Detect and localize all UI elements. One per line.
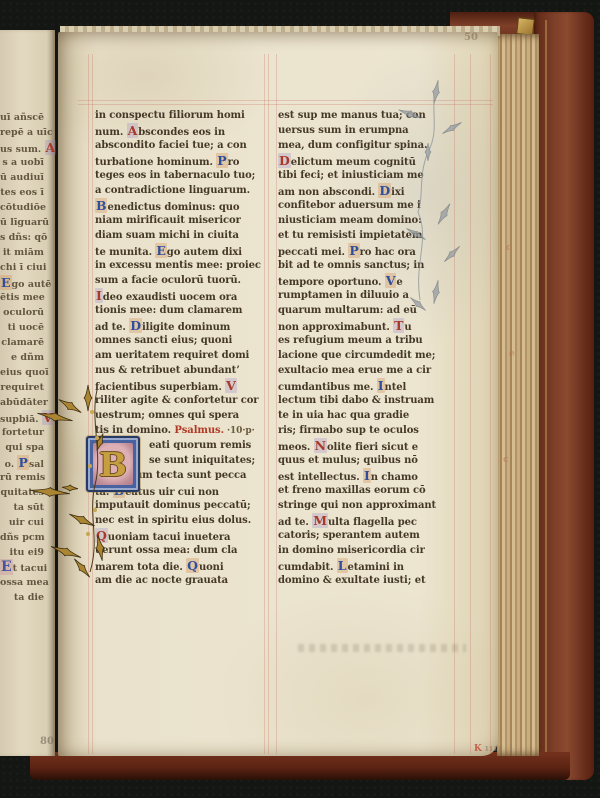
text-line: uir cui (0, 515, 50, 530)
margin-quire-mark: c (506, 243, 511, 253)
text-line: clamarē (0, 335, 50, 350)
text-line: nus & retribuet abundantʼ (95, 363, 267, 378)
text-segment: tis in domino. (95, 425, 174, 436)
text-line: itu ei9 (0, 545, 50, 560)
text-segment: est intellectus. (278, 472, 363, 483)
rubric-annotation: ·10·p· (224, 426, 255, 436)
text-segment: eius quoī (0, 367, 49, 378)
text-line: e dñm (0, 350, 50, 365)
versal-initial: Q (95, 528, 108, 543)
text-line: am non abscondi. Dixi (278, 183, 458, 198)
text-segment: diam suam michi in ciuita (95, 230, 239, 241)
text-segment: et tu remisisti impietatem (278, 230, 422, 241)
text-segment: nec est in spiritu eius dolus. (95, 515, 251, 526)
text-line: o. Psal (0, 455, 50, 470)
text-line: in domino misericordia cir (278, 543, 458, 558)
text-segment: qui spa (5, 442, 44, 453)
text-segment: n chamo (371, 472, 418, 483)
text-segment: imputauit dominus peccatū; (95, 500, 251, 511)
text-line: te munita. Ego autem dixi (95, 243, 267, 258)
text-segment: t tacui (13, 563, 48, 574)
cover-gold-fillet-line (545, 20, 547, 770)
ruling-line (470, 54, 471, 754)
versal-initial: L (337, 558, 348, 573)
text-line: Quoniam tacui inuetera (95, 528, 267, 543)
text-segment: ad te. (95, 322, 129, 333)
text-segment: etamini in (348, 562, 404, 573)
text-segment: omnes sancti eius; quoni (95, 335, 232, 346)
text-line: uerunt ossa mea: dum cla (95, 543, 267, 558)
text-segment: cumdabit. (278, 562, 337, 573)
ruling-line (276, 54, 277, 754)
text-segment: ū audiuī (0, 172, 44, 183)
text-segment: confitebor aduersum me i (278, 200, 421, 211)
versal-initial: P (17, 455, 28, 470)
text-segment: uī añscē (0, 112, 44, 123)
text-segment: ti uocē (8, 322, 44, 333)
versal-initial: D (278, 153, 291, 168)
folio-number-top: 50 (464, 32, 478, 43)
text-line: rumptamen in diluuio a (278, 288, 458, 303)
text-segment: chi ī ciui (0, 262, 46, 273)
text-segment: quus et mulus; quibus nō (278, 455, 418, 466)
text-line: quus et mulus; quibus nō (278, 453, 458, 468)
text-segment: itu ei9 (10, 547, 44, 558)
text-segment: quarum multarum: ad eū (278, 305, 417, 316)
text-segment: abūdāter (0, 397, 48, 408)
text-line: bit ad te omnis sanctus; in (278, 258, 458, 273)
text-segment: stringe qui non approximant (278, 500, 436, 511)
manuscript-page: 50 in conspectu filiorum hominum. Abscon… (58, 32, 498, 756)
text-line: exultacio mea erue me a cir (278, 363, 458, 378)
text-line: cumdantibus me. Intel (278, 378, 458, 393)
versal-initial: M (312, 513, 328, 528)
text-line: nec est in spiritu eius dolus. (95, 513, 267, 528)
text-line: niusticiam meam domino: (278, 213, 458, 228)
previous-leaf-edge: uī añscērepē a uīcus sum. As a uobīū aud… (0, 30, 55, 756)
text-line: est intellectus. In chamo (278, 468, 458, 483)
text-segment: cōtudiōe (0, 202, 46, 213)
text-segment: uir cui (9, 517, 44, 528)
text-line: riliter agite & confortetur cor (95, 393, 267, 408)
text-line: omnes sancti eius; quoni (95, 333, 267, 348)
text-line: turbatione hominum. Pro (95, 153, 267, 168)
text-segment: elictum meum cognitū (291, 157, 416, 168)
versal-initial: N (314, 438, 327, 453)
text-segment: rū remis (0, 472, 45, 483)
text-line: sum a facie oculorū tuorū. (95, 273, 267, 288)
text-column-left: in conspectu filiorum hominum. Abscondes… (95, 108, 267, 588)
text-line: a contradictione linguarum. (95, 183, 267, 198)
initial-pink-infill: B (93, 443, 133, 485)
text-line: ū audiuī (0, 170, 50, 185)
text-line: marem tota die. Quoni (95, 558, 267, 573)
text-segment: lacione que circumdedit me; (278, 350, 435, 361)
rubric-label: Psalmus. (174, 425, 224, 436)
versal-initial: I (377, 378, 385, 393)
text-segment: uoniam tacui inuetera (108, 532, 231, 543)
text-line: chi ī ciui (0, 260, 50, 275)
text-line: cumdabit. Letamini in (278, 558, 458, 573)
text-segment: marem tota die. (95, 562, 186, 573)
text-line: niam mirificauit misericor (95, 213, 267, 228)
text-segment: enedictus dominus: quo (107, 202, 239, 213)
text-segment: teges eos in tabernaculo tuo; (95, 170, 255, 181)
text-segment: a contradictione linguarum. (95, 185, 250, 196)
text-segment: s a uobī (2, 157, 44, 168)
text-segment: us sum. (0, 144, 45, 155)
text-segment: cumdantibus me. (278, 382, 377, 393)
text-line: eius quoī (0, 365, 50, 380)
text-segment: iligite dominum (142, 322, 230, 333)
shelfmark-numerals: ıııı (485, 744, 503, 754)
text-segment: requiret (0, 382, 44, 393)
text-segment: in excessu mentis mee: proiec (95, 260, 261, 271)
text-segment: ro hac ora (360, 247, 416, 258)
versal-initial: T (393, 318, 404, 333)
text-line: am die ac nocte grauata (95, 573, 267, 588)
text-column-right: est sup me manus tua; conuersus sum in e… (278, 108, 458, 588)
text-segment: ta sūt (14, 502, 45, 513)
text-line: et tu remisisti impietatem (278, 228, 458, 243)
versal-initial: P (348, 243, 359, 258)
text-segment: ulta flagella pec (328, 517, 417, 528)
text-segment: ntel (385, 382, 407, 393)
text-line: Ideo exaudisti uocem ora (95, 288, 267, 303)
text-line: imputauit dominus peccatū; (95, 498, 267, 513)
text-segment: am ueritatem requiret domi (95, 350, 249, 361)
text-line: requiret (0, 380, 50, 395)
text-line: lectum tibi dabo & instruam (278, 393, 458, 408)
text-segment: olite fieri sicut e (327, 442, 418, 453)
versal-initial: I (363, 468, 371, 483)
text-segment: supbiā. (0, 414, 42, 425)
text-line: peccati mei. Pro hac ora (278, 243, 458, 258)
shelfmark: K ıııı (474, 744, 503, 754)
text-line: te in uia hac qua gradie (278, 408, 458, 423)
versal-initial: E (0, 275, 12, 290)
text-segment: oculorū (3, 307, 44, 318)
text-line: rū remis (0, 470, 50, 485)
text-line: s a uobī (0, 155, 50, 170)
text-line: ad te. Diligite dominum (95, 318, 267, 333)
text-segment: niusticiam meam domino: (278, 215, 422, 226)
versal-initial: I (95, 288, 103, 303)
text-segment: quitates (1, 487, 44, 498)
text-segment: it miām (3, 247, 44, 258)
text-line: mea, dum configitur spina. (278, 138, 458, 153)
text-line: meos. Nolite fieri sicut e (278, 438, 458, 453)
text-segment: turbatione hominum. (95, 157, 216, 168)
versal-initial: D (129, 318, 142, 333)
text-line: ossa mea (0, 575, 50, 590)
text-segment: meos. (278, 442, 314, 453)
text-segment: uoni (199, 562, 224, 573)
text-line: uī añscē (0, 110, 50, 125)
text-segment: uestrum; omnes qui spera (95, 410, 239, 421)
text-line: tes eos ī (0, 185, 50, 200)
versal-initial: D (378, 183, 391, 198)
text-segment: lectum tibi dabo & instruam (278, 395, 434, 406)
text-segment: est sup me manus tua; con (278, 110, 426, 121)
text-line: Benedictus dominus: quo (95, 198, 267, 213)
versal-initial: E (155, 243, 166, 258)
text-line: facientibus superbiam. V (95, 378, 267, 393)
text-segment: ro (228, 157, 240, 168)
text-line: diam suam michi in ciuita (95, 228, 267, 243)
text-segment: mea, dum configitur spina. (278, 140, 427, 151)
text-segment: tibi feci; et iniusticiam me (278, 170, 424, 181)
versal-initial: B (95, 198, 107, 213)
text-line: am ueritatem requiret domi (95, 348, 267, 363)
text-line: teges eos in tabernaculo tuo; (95, 168, 267, 183)
text-line: abscondito faciei tue; a con (95, 138, 267, 153)
text-segment: ad te. (278, 517, 312, 528)
text-line: stringe qui non approximant (278, 498, 458, 513)
text-segment: go autem dixi (167, 247, 242, 258)
versal-initial: P (216, 153, 227, 168)
versal-initial: V (42, 410, 54, 425)
versal-initial: A (45, 140, 57, 155)
text-segment: tempore oportuno. (278, 277, 385, 288)
text-segment: clamarē (1, 337, 44, 348)
text-line: ris; firmabo sup te oculos (278, 423, 458, 438)
text-segment: e (396, 277, 402, 288)
versal-initial: Q (186, 558, 199, 573)
text-line: oculorū (0, 305, 50, 320)
text-segment: u (404, 322, 411, 333)
text-segment: ētis mee (0, 292, 45, 303)
text-line: qui spa (0, 440, 50, 455)
text-segment: e dñm (11, 352, 44, 363)
text-segment: am die ac nocte grauata (95, 575, 228, 586)
text-line: domino & exultate iusti; et (278, 573, 458, 588)
text-line: in excessu mentis mee: proiec (95, 258, 267, 273)
text-segment: deo exaudisti uocem ora (103, 292, 237, 303)
text-line: ū līguarū (0, 215, 50, 230)
text-segment: in conspectu filiorum homi (95, 110, 245, 121)
text-line: in conspectu filiorum homi (95, 108, 267, 123)
text-segment: te munita. (95, 247, 155, 258)
text-line: et freno maxillas eorum cō (278, 483, 458, 498)
text-segment: ta die (14, 592, 44, 603)
text-segment: uersus sum in erumpna (278, 125, 409, 136)
text-segment: facientibus superbiam. (95, 382, 225, 393)
text-segment: ossa mea (0, 577, 49, 588)
text-segment: ū līguarū (0, 217, 49, 228)
text-segment: domino & exultate iusti; et (278, 575, 426, 586)
margin-quire-mark: c (503, 455, 508, 465)
ruling-line (78, 100, 493, 101)
text-segment: in domino misericordia cir (278, 545, 425, 556)
ruling-line (88, 54, 89, 754)
text-line: repē a uīc (0, 125, 50, 140)
text-segment: es refugium meum a tribu (278, 335, 423, 346)
text-line: catoris; sperantem autem (278, 528, 458, 543)
text-line: ti uocē (0, 320, 50, 335)
versal-initial: V (385, 273, 397, 288)
text-line: ta die (0, 590, 50, 605)
text-segment: tionis mee: dum clamarem (95, 305, 242, 316)
text-line: confitebor aduersum me i (278, 198, 458, 213)
text-line: est sup me manus tua; con (278, 108, 458, 123)
text-line: supbiā. V (0, 410, 50, 425)
versal-initial: V (225, 378, 237, 393)
text-segment: fortetur (2, 427, 44, 438)
text-line: Ego autē (0, 275, 50, 290)
text-line: us sum. A (0, 140, 50, 155)
folio-number-bottom: 80 (40, 736, 54, 747)
text-line: num. Abscondes eos in (95, 123, 267, 138)
text-line: fortetur (0, 425, 50, 440)
text-line: quitates (0, 485, 50, 500)
text-line: Delictum meum cognitū (278, 153, 458, 168)
text-segment: repē a uīc (0, 127, 53, 138)
text-line: dñs pcm (0, 530, 50, 545)
versal-initial: A (127, 123, 139, 138)
ruling-line (268, 54, 269, 754)
text-segment: s dñs: qō (0, 232, 47, 243)
text-segment: et freno maxillas eorum cō (278, 485, 426, 496)
text-segment: tes eos ī (0, 187, 44, 198)
text-line: ad te. Multa flagella pec (278, 513, 458, 528)
text-segment: abscondito faciei tue; a con (95, 140, 247, 151)
text-line: s dñs: qō (0, 230, 50, 245)
text-segment: go autē (12, 279, 52, 290)
text-segment: rumptamen in diluuio a (278, 290, 409, 301)
shelfmark-letter: K (474, 744, 482, 754)
text-segment: uerunt ossa mea: dum cla (95, 545, 237, 556)
text-segment: ixi (391, 187, 404, 198)
text-line: it miām (0, 245, 50, 260)
ruling-line (92, 54, 93, 754)
ruling-line (490, 54, 491, 754)
text-segment: am non abscondi. (278, 187, 378, 198)
text-line: quarum multarum: ad eū (278, 303, 458, 318)
text-segment: peccati mei. (278, 247, 348, 258)
text-segment: riliter agite & confortetur cor (95, 395, 258, 406)
page-block-fore-edge (497, 34, 539, 756)
text-line: non approximabunt. Tu (278, 318, 458, 333)
text-segment: dñs pcm (0, 532, 45, 543)
margin-quire-mark: e (509, 349, 515, 359)
text-line: Et tacui (0, 560, 50, 575)
manuscript-photo: { "folio": { "number_top_right": "50", "… (0, 0, 600, 798)
ruling-line (78, 104, 493, 105)
initial-letter: B (99, 448, 127, 481)
text-line: tibi feci; et iniusticiam me (278, 168, 458, 183)
text-line: uersus sum in erumpna (278, 123, 458, 138)
text-line: abūdāter (0, 395, 50, 410)
text-segment: se sunt iniquitates; (149, 455, 255, 466)
text-segment: exultacio mea erue me a cir (278, 365, 431, 376)
book-cover-bottom-edge (30, 752, 570, 780)
text-segment: niam mirificauit misericor (95, 215, 241, 226)
text-line: uestrum; omnes qui spera (95, 408, 267, 423)
text-line: cōtudiōe (0, 200, 50, 215)
text-segment: bscondes eos in (138, 127, 225, 138)
text-segment: num. (95, 127, 127, 138)
text-segment: o. (5, 459, 18, 470)
book-cover-right-edge (534, 12, 594, 780)
text-segment: eati quorum remis (149, 440, 251, 451)
show-through-text (298, 644, 466, 652)
text-segment: catoris; sperantem autem (278, 530, 420, 541)
text-line: tionis mee: dum clamarem (95, 303, 267, 318)
text-segment: te in uia hac qua gradie (278, 410, 409, 421)
text-line: tempore oportuno. Ve (278, 273, 458, 288)
text-segment: non approximabunt. (278, 322, 393, 333)
text-segment: nus & retribuet abundantʼ (95, 365, 240, 376)
previous-leaf-text: uī añscērepē a uīcus sum. As a uobīū aud… (0, 110, 50, 605)
text-segment: sum a facie oculorū tuorū. (95, 275, 241, 286)
text-line: ētis mee (0, 290, 50, 305)
versal-initial: E (0, 559, 13, 575)
illuminated-initial-B: B (86, 436, 140, 492)
text-line: es refugium meum a tribu (278, 333, 458, 348)
text-segment: bit ad te omnis sanctus; in (278, 260, 424, 271)
text-segment: ris; firmabo sup te oculos (278, 425, 419, 436)
text-line: lacione que circumdedit me; (278, 348, 458, 363)
text-line: ta sūt (0, 500, 50, 515)
text-segment: sal (29, 459, 44, 470)
